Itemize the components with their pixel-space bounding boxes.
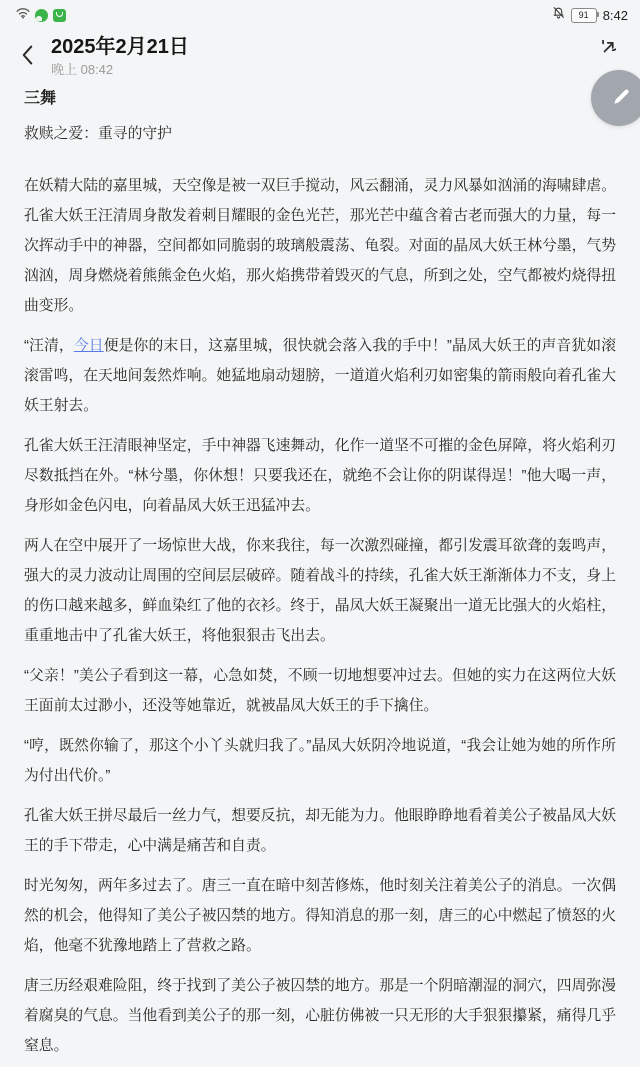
note-header-titles: 2025年2月21日 晚上 08:42 (51, 35, 593, 78)
paragraph-text: “父亲！”美公子看到这一幕，心急如焚，不顾一切地想要冲过去。但她的实力在这两位大… (24, 668, 616, 714)
note-body[interactable]: 三舞 救赎之爱：重寻的守护 在妖精大陆的嘉里城，天空像是被一双巨手搅动，风云翻涌… (0, 78, 640, 1061)
pencil-icon (606, 83, 632, 114)
date-link[interactable]: 今日 (74, 338, 104, 354)
battery-icon: 91 (571, 8, 597, 23)
share-button[interactable] (593, 35, 616, 68)
paragraph-text: 时光匆匆，两年多过去了。唐三一直在暗中刻苦修炼，他时刻关注着美公子的消息。一次偶… (24, 878, 616, 954)
paragraph: 唐三历经艰难险阻，终于找到了美公子被囚禁的地方。那是一个阴暗潮湿的洞穴，四周弥漫… (24, 971, 616, 1061)
paragraph-text: 便是你的末日，这嘉里城，很快就会落入我的手中！”晶凤大妖王的声音犹如滚滚雷鸣，在… (24, 338, 616, 414)
back-chevron-icon (20, 53, 35, 70)
note-date-title: 2025年2月21日 (51, 35, 593, 59)
mute-bell-icon (552, 6, 565, 24)
back-button[interactable] (14, 35, 41, 71)
note-subtitle: 救赎之爱：重寻的守护 (24, 124, 616, 144)
status-time: 8:42 (603, 8, 628, 23)
status-bar-right: 91 8:42 (552, 6, 628, 24)
note-title: 三舞 (24, 89, 616, 109)
paragraph-text: 在妖精大陆的嘉里城，天空像是被一双巨手搅动，风云翻涌，灵力风暴如汹涌的海啸肆虐。… (24, 178, 616, 314)
paragraph-text: 孔雀大妖王汪清眼神坚定，手中神器飞速舞动，化作一道坚不可摧的金色屏障，将火焰利刃… (24, 438, 616, 514)
paragraph: 孔雀大妖王汪清眼神坚定，手中神器飞速舞动，化作一道坚不可摧的金色屏障，将火焰利刃… (24, 431, 616, 521)
paragraph-text: 唐三历经艰难险阻，终于找到了美公子被囚禁的地方。那是一个阴暗潮湿的洞穴，四周弥漫… (24, 978, 616, 1054)
status-bar: 91 8:42 (0, 0, 640, 28)
share-icon (593, 50, 616, 67)
paragraph: 时光匆匆，两年多过去了。唐三一直在暗中刻苦修炼，他时刻关注着美公子的消息。一次偶… (24, 871, 616, 961)
battery-percent: 91 (579, 10, 589, 20)
edit-fab-button[interactable] (591, 70, 640, 126)
notes-app-screen: 91 8:42 2025年2月21日 晚上 08:42 (0, 0, 640, 1067)
paragraph: “父亲！”美公子看到这一幕，心急如焚，不顾一切地想要冲过去。但她的实力在这两位大… (24, 661, 616, 721)
paragraph-text: “汪清， (24, 338, 74, 354)
paragraph: 孔雀大妖王拼尽最后一丝力气，想要反抗，却无能为力。他眼睁睁地看着美公子被晶凤大妖… (24, 801, 616, 861)
note-header: 2025年2月21日 晚上 08:42 (0, 28, 640, 78)
paragraph: 在妖精大陆的嘉里城，天空像是被一双巨手搅动，风云翻涌，灵力风暴如汹涌的海啸肆虐。… (24, 171, 616, 321)
paragraph-text: 孔雀大妖王拼尽最后一丝力气，想要反抗，却无能为力。他眼睁睁地看着美公子被晶凤大妖… (24, 808, 616, 854)
green-circle-app-icon (35, 9, 48, 22)
wifi-icon (16, 6, 30, 24)
paragraph: “汪清，今日便是你的末日，这嘉里城，很快就会落入我的手中！”晶凤大妖王的声音犹如… (24, 331, 616, 421)
paragraph: 两人在空中展开了一场惊世大战，你来我往，每一次激烈碰撞，都引发震耳欲聋的轰鸣声，… (24, 531, 616, 651)
paragraph-text: “哼，既然你输了，那这个小丫头就归我了。”晶凤大妖阴冷地说道，“我会让她为她的所… (24, 738, 616, 784)
paragraph: “哼，既然你输了，那这个小丫头就归我了。”晶凤大妖阴冷地说道，“我会让她为她的所… (24, 731, 616, 791)
note-time-subtitle: 晚上 08:42 (51, 62, 593, 78)
green-bag-app-icon (53, 9, 66, 22)
status-bar-left (16, 6, 66, 24)
paragraph-text: 两人在空中展开了一场惊世大战，你来我往，每一次激烈碰撞，都引发震耳欲聋的轰鸣声，… (24, 538, 616, 644)
